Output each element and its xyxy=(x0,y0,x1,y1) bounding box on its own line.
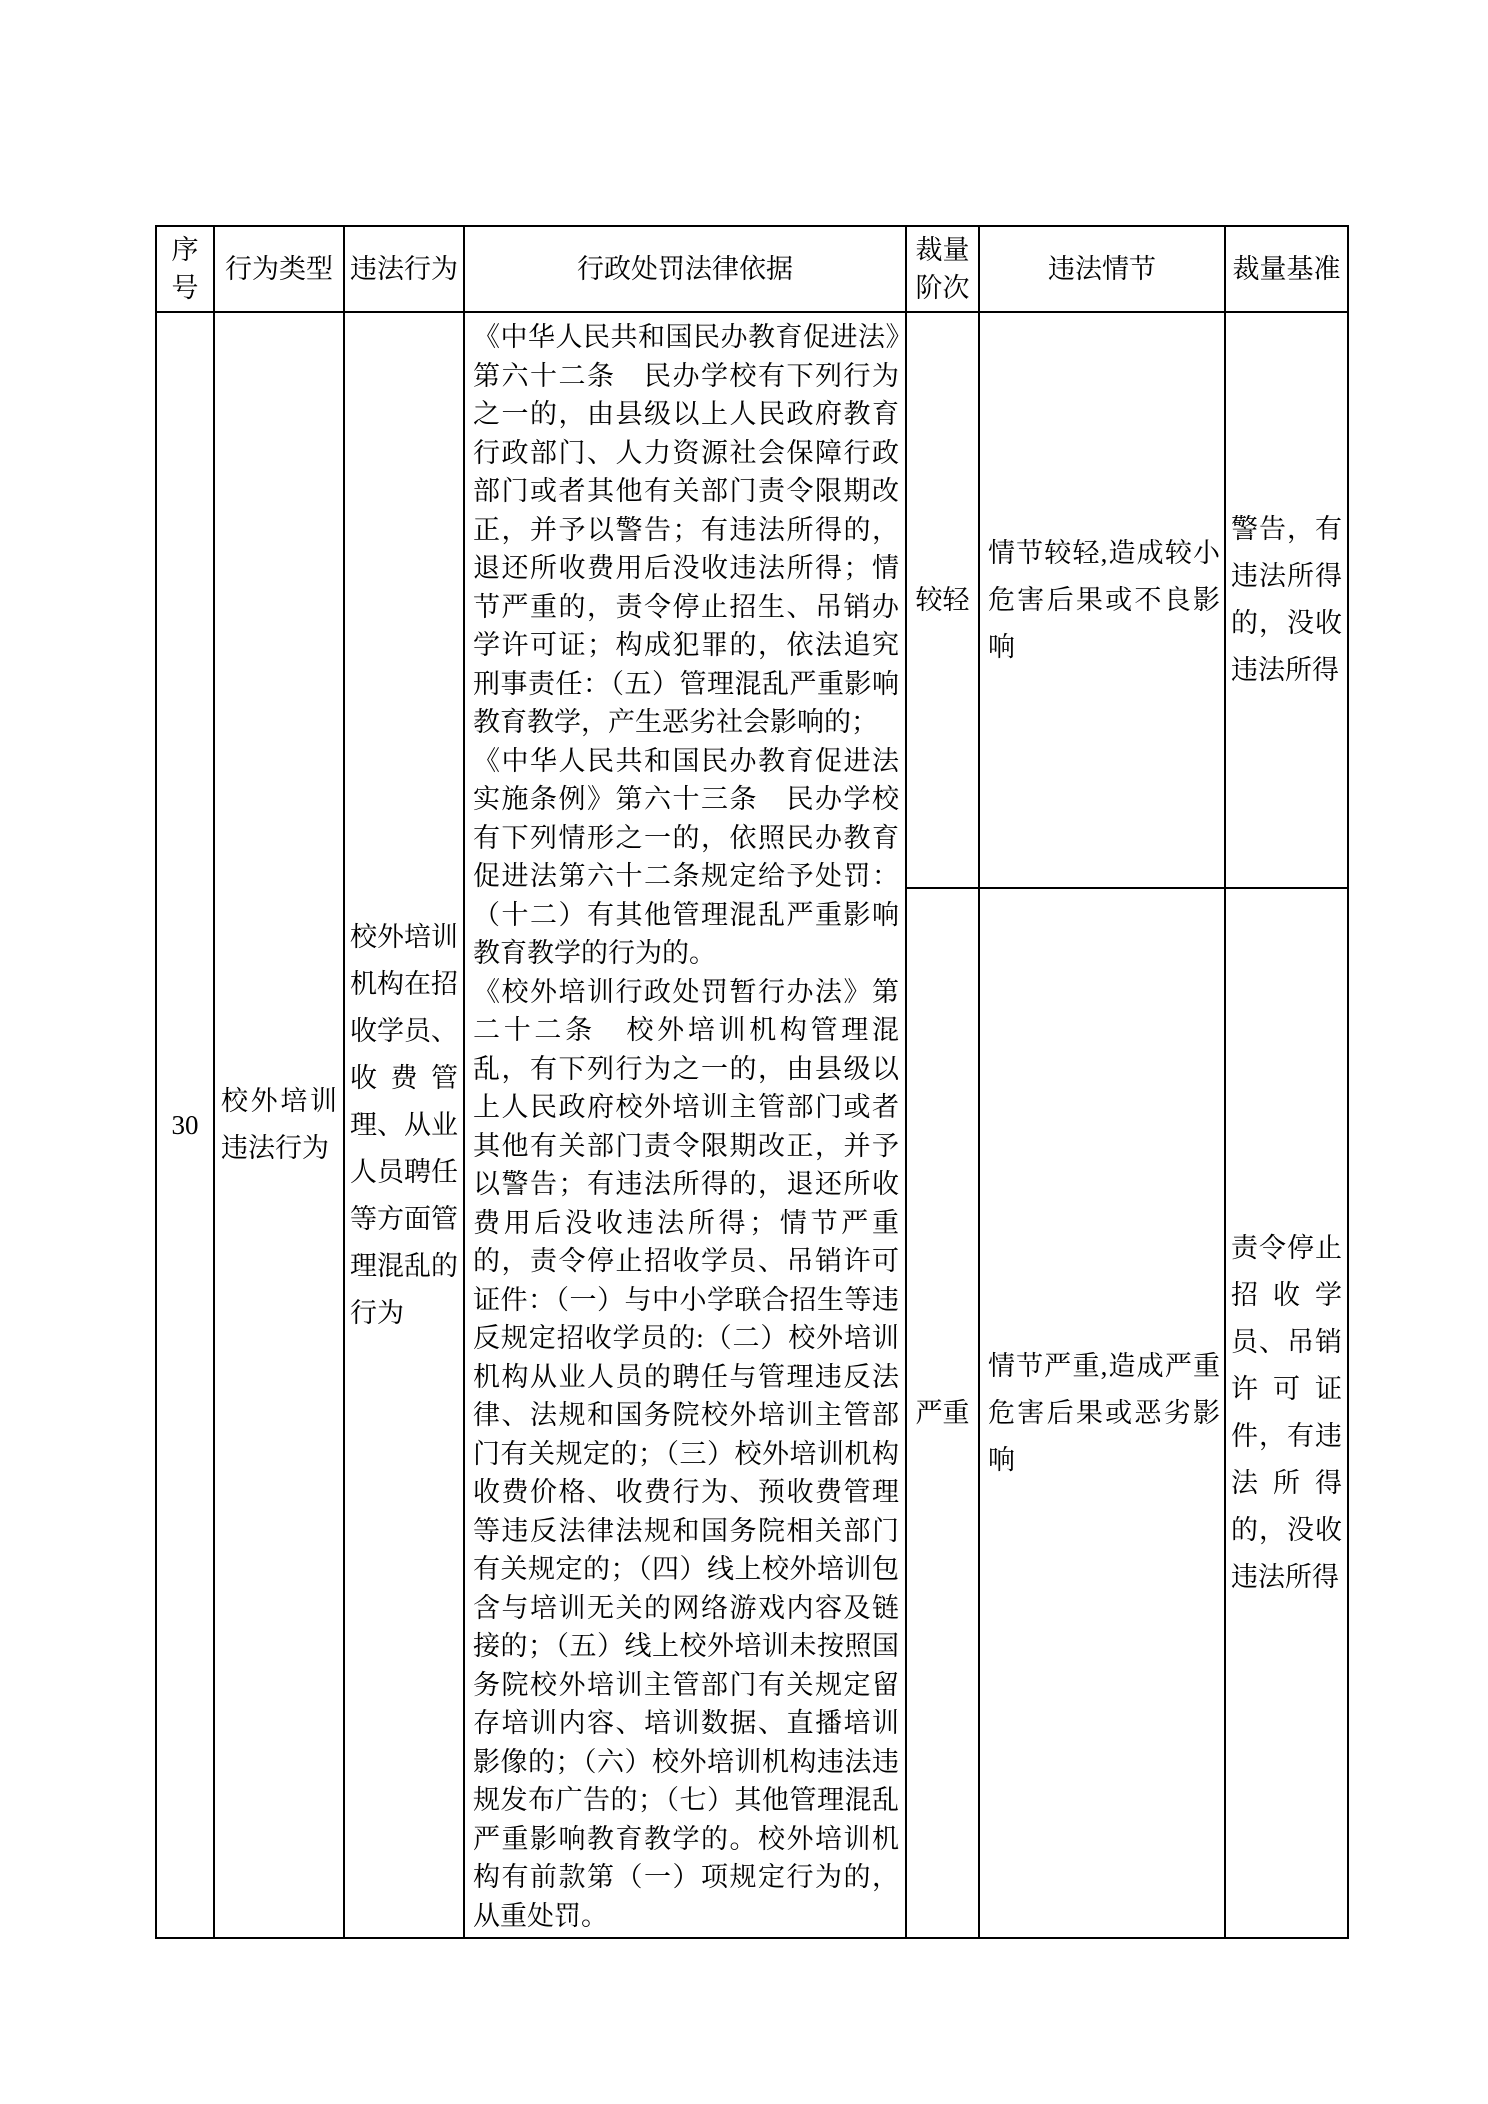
cell-behavior-type: 校外培训违法行为 xyxy=(214,312,344,1938)
cell-illegal-behavior: 校外培训机构在招收学员、收费管理、从业人员聘任等方面管理混乱的行为 xyxy=(344,312,464,1938)
header-behavior-type: 行为类型 xyxy=(214,226,344,312)
table-row-tier-minor: 30 校外培训违法行为 校外培训机构在招收学员、收费管理、从业人员聘任等方面管理… xyxy=(156,312,1348,888)
document-page: 序号 行为类型 违法行为 行政处罚法律依据 裁量阶次 违法情节 裁量基准 30 … xyxy=(0,0,1488,2104)
cell-circumstance-minor: 情节较轻,造成较小危害后果或不良影响 xyxy=(979,312,1225,888)
header-legal-basis: 行政处罚法律依据 xyxy=(464,226,906,312)
header-illegal-behavior: 违法行为 xyxy=(344,226,464,312)
cell-benchmark-severe: 责令停止招收学员、吊销许可证件，有违法所得的，没收违法所得 xyxy=(1225,888,1348,1938)
cell-benchmark-minor: 警告，有违法所得的，没收违法所得 xyxy=(1225,312,1348,888)
cell-serial-number: 30 xyxy=(156,312,214,1938)
header-violation-circumstance: 违法情节 xyxy=(979,226,1225,312)
penalty-discretion-table: 序号 行为类型 违法行为 行政处罚法律依据 裁量阶次 违法情节 裁量基准 30 … xyxy=(155,225,1349,1939)
legal-basis-paragraph: 《校外培训行政处罚暂行办法》第二十二条 校外培训机构管理混乱，有下列行为之一的，… xyxy=(473,973,899,1936)
header-discretion-tier: 裁量阶次 xyxy=(906,226,979,312)
cell-tier-severe: 严重 xyxy=(906,888,979,1938)
legal-basis-paragraph: 《中华人民共和国民办教育促进法》第六十二条 民办学校有下列行为之一的，由县级以上… xyxy=(473,318,899,742)
cell-circumstance-severe: 情节严重,造成严重危害后果或恶劣影响 xyxy=(979,888,1225,1938)
header-serial-number: 序号 xyxy=(156,226,214,312)
header-discretion-benchmark: 裁量基准 xyxy=(1225,226,1348,312)
header-row: 序号 行为类型 违法行为 行政处罚法律依据 裁量阶次 违法情节 裁量基准 xyxy=(156,226,1348,312)
cell-tier-minor: 较轻 xyxy=(906,312,979,888)
legal-basis-paragraph: 《中华人民共和国民办教育促进法实施条例》第六十三条 民办学校有下列情形之一的，依… xyxy=(473,742,899,973)
cell-legal-basis: 《中华人民共和国民办教育促进法》第六十二条 民办学校有下列行为之一的，由县级以上… xyxy=(464,312,906,1938)
